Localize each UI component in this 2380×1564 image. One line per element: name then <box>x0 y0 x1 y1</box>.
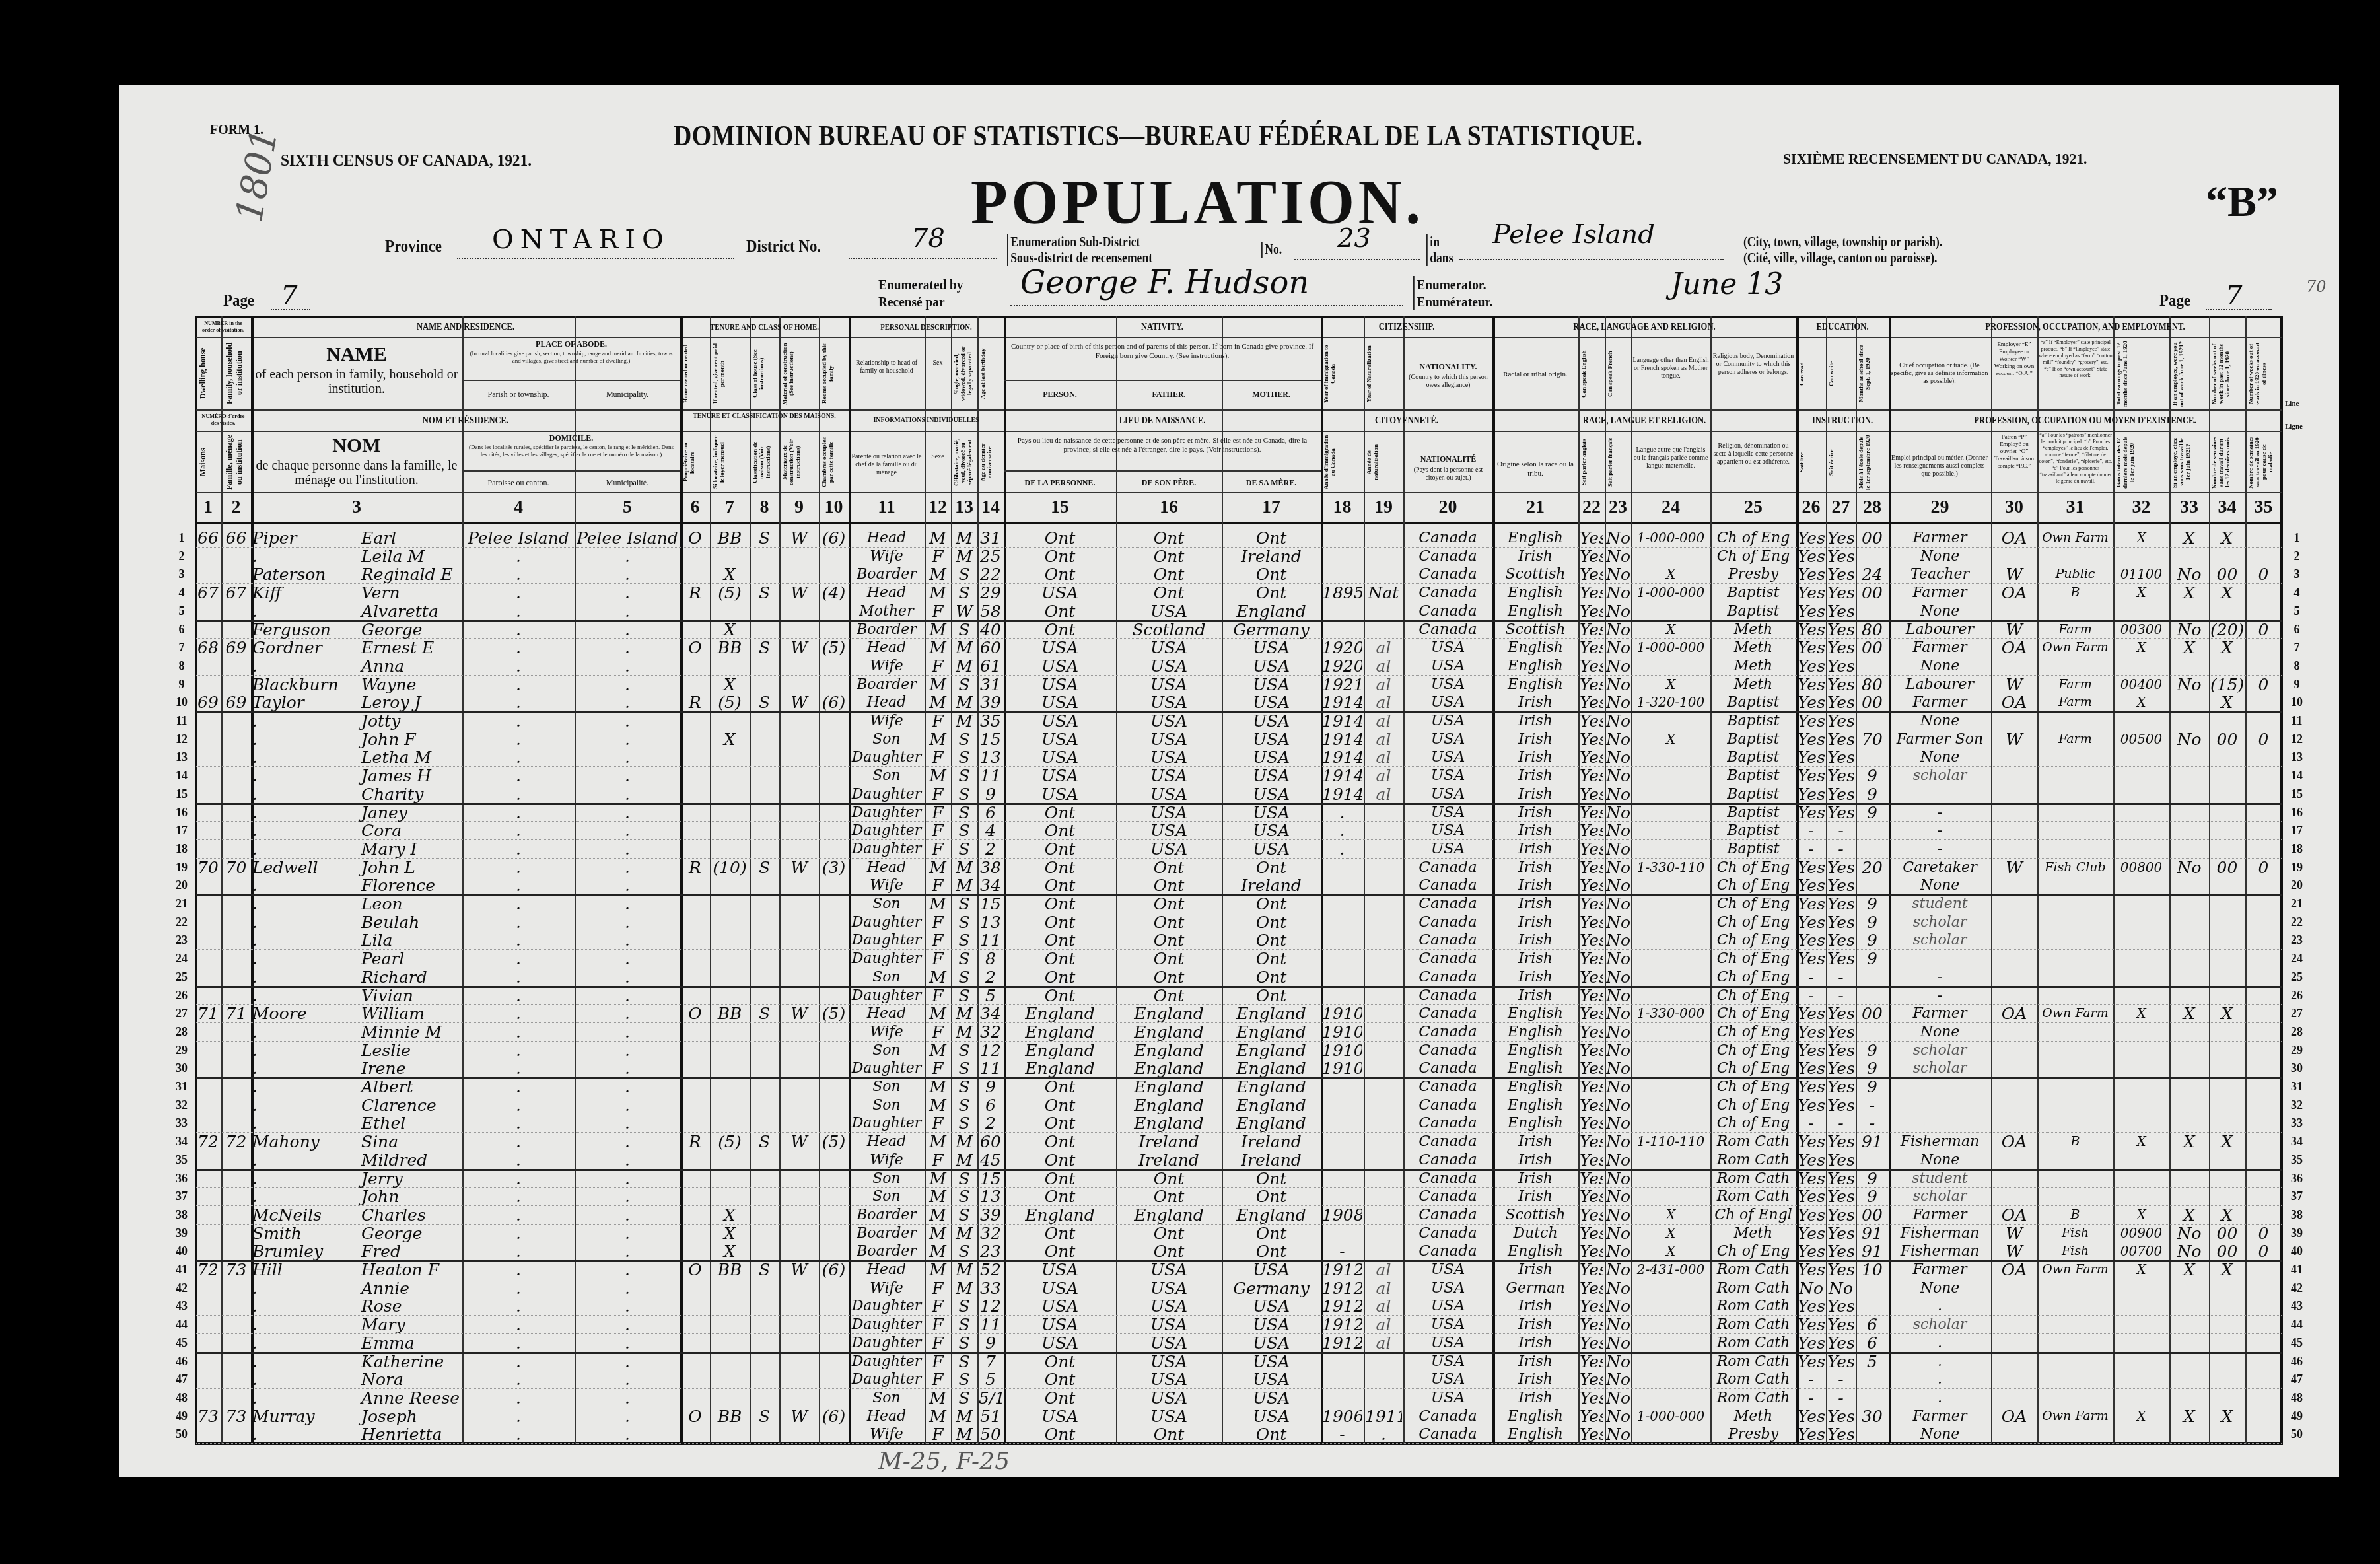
cell-age: 60 <box>979 639 1002 657</box>
cell-nat_yr <box>1365 1170 1402 1188</box>
line-number-left: 23 <box>168 933 195 947</box>
cell-birth: USA <box>1005 748 1115 766</box>
cell-school: - <box>1857 1114 1887 1132</box>
cell-imm: 1912 <box>1322 1297 1362 1315</box>
cell-cls: S <box>751 859 778 876</box>
cell-cls <box>751 895 778 913</box>
cell-mar: M <box>952 859 976 876</box>
cell-muni: . <box>576 693 679 711</box>
cell-write: Yes <box>1827 1425 1854 1443</box>
cell-mother: USA <box>1223 767 1319 785</box>
cell-religion: Rom Cath <box>1712 1353 1795 1370</box>
enumerator-field[interactable]: George F. Hudson <box>1020 264 1309 301</box>
cell-out: No <box>2171 676 2208 693</box>
cell-parish: . <box>464 876 573 894</box>
header-family-en: Family, household or institution <box>225 341 248 406</box>
cell-rent <box>711 1170 748 1188</box>
header-rule-2 <box>196 431 2282 432</box>
header-nationality-fr: NATIONALITÉ <box>1405 454 1491 464</box>
cell-fre: No <box>1606 1005 1630 1022</box>
cell-parish: . <box>464 1261 573 1279</box>
surname: McNeils <box>252 1206 361 1224</box>
person-name: .Mary <box>252 1316 461 1333</box>
group-nativity-en: NATIVITY. <box>1020 322 1305 333</box>
header-ill-en: Number of weeks out of work in 1920 on a… <box>2247 341 2280 407</box>
cell-rel: Head <box>850 639 923 657</box>
cell-occ: scholar <box>1890 931 1990 949</box>
cell-read: Yes <box>1798 1297 1825 1315</box>
cell-fam <box>223 767 250 785</box>
cell-out <box>2171 657 2208 675</box>
header-religion-fr: Religion, dénomination ou secte à laquel… <box>1712 443 1795 466</box>
cell-school: 6 <box>1857 1334 1887 1352</box>
column-number: 12 <box>925 497 951 518</box>
cell-work: Own Farm <box>2039 1005 2112 1022</box>
line-number-right: 9 <box>2284 678 2310 692</box>
cell-earn: X <box>2115 639 2168 657</box>
cell-origin: Irish <box>1494 1389 1577 1407</box>
cell-religion: Rom Cath <box>1712 1170 1795 1188</box>
surname: . <box>252 712 361 730</box>
cell-emp: OA <box>1992 693 2036 711</box>
cell-cls <box>751 748 778 766</box>
cell-sex: M <box>926 1078 950 1096</box>
cell-read: Yes <box>1798 895 1825 913</box>
cell-origin: English <box>1494 602 1577 620</box>
cell-age: 4 <box>979 822 1002 839</box>
cell-birth: Ont <box>1005 840 1115 858</box>
cell-mar: S <box>952 987 976 1005</box>
cell-earn: X <box>2115 584 2168 602</box>
cell-age: 9 <box>979 785 1002 803</box>
cell-religion: Rom Cath <box>1712 1133 1795 1151</box>
cell-mother: Germany <box>1223 1279 1319 1297</box>
cell-out: No <box>2171 1242 2208 1260</box>
place-field[interactable]: Pelee Island <box>1492 219 1655 250</box>
cell-tongue: X <box>1632 730 1709 748</box>
cell-read: Yes <box>1798 1151 1825 1169</box>
column-number: 25 <box>1710 497 1796 518</box>
cell-out <box>2171 1151 2208 1169</box>
cell-nationality: USA <box>1405 840 1491 858</box>
cell-write: Yes <box>1827 1206 1854 1224</box>
line-number-left: 17 <box>168 824 195 837</box>
cell-father: Ont <box>1117 950 1220 968</box>
cell-fam <box>223 1059 250 1077</box>
cell-write: Yes <box>1827 676 1854 693</box>
cell-rent <box>711 913 748 931</box>
cell-out <box>2171 1297 2208 1315</box>
cell-father: Ont <box>1117 565 1220 583</box>
cell-origin: Irish <box>1494 840 1577 858</box>
cell-write: Yes <box>1827 639 1854 657</box>
cell-own <box>682 1151 709 1169</box>
cell-eng: Yes <box>1580 657 1603 675</box>
cell-father: USA <box>1117 1261 1220 1279</box>
cell-rooms <box>820 804 847 822</box>
cell-muni: . <box>576 1425 679 1443</box>
cell-father: England <box>1117 1114 1220 1132</box>
cell-father: Ont <box>1117 1188 1220 1205</box>
cell-religion: Meth <box>1712 1407 1795 1425</box>
line-number-right: 23 <box>2284 933 2310 947</box>
cell-parish: . <box>464 1114 573 1132</box>
cell-school: 9 <box>1857 1188 1887 1205</box>
cell-mother: Ont <box>1223 1242 1319 1260</box>
cell-father: USA <box>1117 822 1220 839</box>
cell-read: Yes <box>1798 1188 1825 1205</box>
cell-mar: M <box>952 529 976 547</box>
cell-school: 9 <box>1857 1170 1887 1188</box>
person-name: FergusonGeorge <box>252 621 461 639</box>
cell-ill <box>2247 1206 2280 1224</box>
cell-birth: England <box>1005 1023 1115 1041</box>
header-name-title-fr: NOM <box>254 435 459 457</box>
cell-rooms: (4) <box>820 584 847 602</box>
cell-out: X <box>2171 1407 2208 1425</box>
cell-weeks <box>2210 1425 2244 1443</box>
cell-fre: No <box>1606 895 1630 913</box>
column-number: 5 <box>575 497 680 518</box>
cell-mar: S <box>952 950 976 968</box>
cell-ill <box>2247 584 2280 602</box>
cell-mat <box>781 730 818 748</box>
cell-dw <box>196 676 220 693</box>
cell-tongue: 1-110-110 <box>1632 1133 1709 1151</box>
cell-birth: Ont <box>1005 1170 1115 1188</box>
cell-earn <box>2115 1334 2168 1352</box>
cell-earn: X <box>2115 529 2168 547</box>
cell-father: USA <box>1117 1334 1220 1352</box>
cell-rooms <box>820 548 847 565</box>
cell-mar: S <box>952 804 976 822</box>
surname: . <box>252 548 361 565</box>
cell-age: 60 <box>979 1133 1002 1151</box>
cell-school: 9 <box>1857 1078 1887 1096</box>
cell-nat_yr <box>1365 1353 1402 1370</box>
cell-tongue <box>1632 876 1709 894</box>
cell-parish: . <box>464 639 573 657</box>
cell-rooms <box>820 1042 847 1059</box>
cell-rooms <box>820 1078 847 1096</box>
header-dwelling-fr: Maisons <box>198 435 210 490</box>
cell-ill <box>2247 1170 2280 1188</box>
cell-sex: M <box>926 529 950 547</box>
header-ill-fr: Nombre de semaines sans travail en 1920 … <box>2247 435 2280 490</box>
cell-rent: X <box>711 1242 748 1260</box>
cell-rooms <box>820 767 847 785</box>
cell-age: 9 <box>979 1078 1002 1096</box>
cell-school <box>1857 968 1887 986</box>
cell-fre: No <box>1606 1316 1630 1333</box>
cell-rent <box>711 1096 748 1114</box>
cell-imm: 1908 <box>1322 1206 1362 1224</box>
header-dwelling-en: Dwelling house <box>198 341 210 406</box>
cell-fre: No <box>1606 1407 1630 1425</box>
cell-sex: F <box>926 748 950 766</box>
cell-mar: S <box>952 1206 976 1224</box>
group-number-fr: NUMÉRO d'ordre des visites. <box>199 413 248 426</box>
given-name: Vern <box>361 584 400 602</box>
cell-nationality: Canada <box>1405 931 1491 949</box>
cell-earn <box>2115 1023 2168 1041</box>
cell-emp <box>1992 785 2036 803</box>
cell-work <box>2039 1370 2112 1388</box>
person-name: BlackburnWayne <box>252 676 461 693</box>
line-number-right: 1 <box>2284 531 2310 545</box>
surname: . <box>252 748 361 766</box>
surname: Piper <box>252 529 361 547</box>
cell-emp <box>1992 1096 2036 1114</box>
cell-ill <box>2247 895 2280 913</box>
cell-religion: Baptist <box>1712 804 1795 822</box>
cell-mat <box>781 895 818 913</box>
cell-mar: S <box>952 1334 976 1352</box>
cell-occ <box>1890 950 1990 968</box>
cell-out <box>2171 1334 2208 1352</box>
header-sex-en: Sex <box>925 359 951 367</box>
cell-sex: F <box>926 712 950 730</box>
group-citizenship-fr: CITOYENNETÉ. <box>1329 416 1484 427</box>
cell-emp <box>1992 1425 2036 1443</box>
cell-nat_yr <box>1365 565 1402 583</box>
cell-father: Ont <box>1117 968 1220 986</box>
line-number-right: 22 <box>2284 915 2310 929</box>
cell-birth: England <box>1005 1005 1115 1022</box>
cell-rooms <box>820 712 847 730</box>
cell-rooms <box>820 748 847 766</box>
cell-out <box>2171 602 2208 620</box>
header-municipality-fr: Municipalité. <box>575 478 680 487</box>
cell-imm: 1912 <box>1322 1261 1362 1279</box>
page-label-right: Page <box>2159 291 2190 310</box>
surname: Gordner <box>252 639 361 657</box>
cell-weeks: 00 <box>2210 565 2244 583</box>
cell-father: USA <box>1117 602 1220 620</box>
cell-school: 24 <box>1857 565 1887 583</box>
cell-dw <box>196 785 220 803</box>
cell-own <box>682 712 709 730</box>
cell-rent: X <box>711 565 748 583</box>
cell-school: 9 <box>1857 1059 1887 1077</box>
surname: Mahony <box>252 1133 361 1151</box>
cell-own <box>682 657 709 675</box>
cell-imm: . <box>1322 804 1362 822</box>
cell-own <box>682 565 709 583</box>
cell-nationality: USA <box>1405 1389 1491 1407</box>
cell-cls <box>751 1096 778 1114</box>
group-name-residence-fr: NOM ET RÉSIDENCE. <box>273 416 659 427</box>
header-abode-note-fr: (Dans les localités rurales, spécifier l… <box>466 444 677 458</box>
cell-emp <box>1992 1297 2036 1315</box>
cell-cls <box>751 1078 778 1096</box>
given-name: George <box>361 621 423 639</box>
cell-origin: Irish <box>1494 968 1577 986</box>
in-label-en: in <box>1430 234 1453 250</box>
line-number-left: 4 <box>168 586 195 600</box>
cell-muni: . <box>576 1279 679 1297</box>
date-field[interactable]: June 13 <box>1671 267 1783 301</box>
surname: . <box>252 785 361 803</box>
cell-work: Farm <box>2039 621 2112 639</box>
district-field[interactable]: 78 <box>911 223 945 254</box>
cell-write: Yes <box>1827 913 1854 931</box>
cell-age: 29 <box>979 584 1002 602</box>
cell-work <box>2039 968 2112 986</box>
cell-dw <box>196 1042 220 1059</box>
cell-fam <box>223 895 250 913</box>
cell-ill <box>2247 1133 2280 1151</box>
cell-rooms <box>820 968 847 986</box>
cell-weeks: X <box>2210 639 2244 657</box>
cell-emp: W <box>1992 1242 2036 1260</box>
cell-dw <box>196 712 220 730</box>
cell-imm: 1914 <box>1322 748 1362 766</box>
cell-out <box>2171 876 2208 894</box>
cell-nat_yr <box>1365 1370 1402 1388</box>
cell-nat_yr <box>1365 876 1402 894</box>
header-name-title-en: NAME <box>254 343 459 366</box>
cell-fam <box>223 1188 250 1205</box>
given-name: Ernest E <box>361 639 434 657</box>
cell-nationality: Canada <box>1405 1023 1491 1041</box>
cell-imm <box>1322 1151 1362 1169</box>
cell-mother: USA <box>1223 676 1319 693</box>
person-name: .Lila <box>252 931 461 949</box>
cell-sex: F <box>926 1059 950 1077</box>
cell-nat_yr: al <box>1365 748 1402 766</box>
cell-read: - <box>1798 968 1825 986</box>
cell-parish: . <box>464 730 573 748</box>
cell-rooms <box>820 1096 847 1114</box>
cell-parish: . <box>464 968 573 986</box>
subdistrict-line <box>1294 259 1420 260</box>
cell-origin: Irish <box>1494 987 1577 1005</box>
cell-mat <box>781 1425 818 1443</box>
cell-imm <box>1322 1389 1362 1407</box>
cell-school: 9 <box>1857 895 1887 913</box>
cell-fre: No <box>1606 859 1630 876</box>
cell-parish: . <box>464 584 573 602</box>
cell-rent: X <box>711 1206 748 1224</box>
cell-occ: Farmer <box>1890 1206 1990 1224</box>
person-name: .Clarence <box>252 1096 461 1114</box>
person-name: LedwellJohn L <box>252 859 461 876</box>
cell-read: Yes <box>1798 913 1825 931</box>
given-name: Nora <box>361 1370 403 1388</box>
cell-ill <box>2247 1078 2280 1096</box>
cell-sex: M <box>926 676 950 693</box>
subdistrict-field[interactable]: 23 <box>1337 223 1371 254</box>
cell-earn <box>2115 913 2168 931</box>
no-label: No. <box>1261 242 1282 258</box>
cell-out <box>2171 1389 2208 1407</box>
given-name: John F <box>361 730 416 748</box>
cell-mar: S <box>952 748 976 766</box>
cell-nat_yr <box>1365 859 1402 876</box>
cell-mat <box>781 1151 818 1169</box>
cell-weeks <box>2210 1078 2244 1096</box>
cell-emp: W <box>1992 676 2036 693</box>
cell-mat <box>781 1114 818 1132</box>
cell-work: Fish <box>2039 1242 2112 1260</box>
cell-earn <box>2115 931 2168 949</box>
cell-sex: M <box>926 767 950 785</box>
cell-mother: England <box>1223 1114 1319 1132</box>
cell-rooms <box>820 730 847 748</box>
cell-write: - <box>1827 1114 1854 1132</box>
cell-fre: No <box>1606 529 1630 547</box>
cell-father: Ont <box>1117 859 1220 876</box>
cell-cls <box>751 657 778 675</box>
cell-sex: F <box>926 1370 950 1388</box>
given-name: Joseph <box>361 1407 417 1425</box>
cell-earn <box>2115 840 2168 858</box>
cell-rent: BB <box>711 639 748 657</box>
province-field[interactable]: ONTARIO <box>492 225 670 255</box>
cell-birth: USA <box>1005 584 1115 602</box>
cell-dw <box>196 602 220 620</box>
cell-tongue: 1-000-000 <box>1632 529 1709 547</box>
cell-school <box>1857 1023 1887 1041</box>
cell-work <box>2039 950 2112 968</box>
cell-cls <box>751 1334 778 1352</box>
cell-nationality: Canada <box>1405 1042 1491 1059</box>
cell-write: Yes <box>1827 1096 1854 1114</box>
cell-eng: Yes <box>1580 1114 1603 1132</box>
cell-dw: 67 <box>196 584 220 602</box>
cell-parish: . <box>464 1225 573 1242</box>
cell-sex: M <box>926 1042 950 1059</box>
cell-dw <box>196 931 220 949</box>
group-citizenship-en: CITIZENSHIP. <box>1329 322 1484 333</box>
cell-dw <box>196 1225 220 1242</box>
cell-earn: X <box>2115 1407 2168 1425</box>
cell-mar: S <box>952 840 976 858</box>
cell-work <box>2039 748 2112 766</box>
line-number-right: 48 <box>2284 1391 2310 1405</box>
cell-rooms <box>820 1425 847 1443</box>
cell-birth: USA <box>1005 785 1115 803</box>
cell-age: 39 <box>979 693 1002 711</box>
cell-father: England <box>1117 1206 1220 1224</box>
cell-age: 31 <box>979 529 1002 547</box>
cell-eng: Yes <box>1580 987 1603 1005</box>
given-name: Leon <box>361 895 403 913</box>
cell-sex: F <box>926 1023 950 1041</box>
cell-read: Yes <box>1798 1353 1825 1370</box>
cell-birth: Ont <box>1005 529 1115 547</box>
cell-religion: Ch of Eng <box>1712 876 1795 894</box>
line-number-left: 29 <box>168 1044 195 1057</box>
cell-earn <box>2115 987 2168 1005</box>
cell-write: Yes <box>1827 785 1854 803</box>
cell-earn <box>2115 1114 2168 1132</box>
cell-weeks <box>2210 1059 2244 1077</box>
cell-tongue <box>1632 987 1709 1005</box>
cell-rooms <box>820 565 847 583</box>
cell-parish: . <box>464 987 573 1005</box>
cell-muni: . <box>576 1353 679 1370</box>
line-number-left: 31 <box>168 1080 195 1094</box>
cell-ill <box>2247 1425 2280 1443</box>
header-nationality-note-en: (Country to which this person owes alleg… <box>1405 374 1491 390</box>
cell-origin: English <box>1494 1425 1577 1443</box>
cell-mar: M <box>952 693 976 711</box>
cell-mother: USA <box>1223 1316 1319 1333</box>
cell-birth: Ont <box>1005 1151 1115 1169</box>
cell-own <box>682 621 709 639</box>
